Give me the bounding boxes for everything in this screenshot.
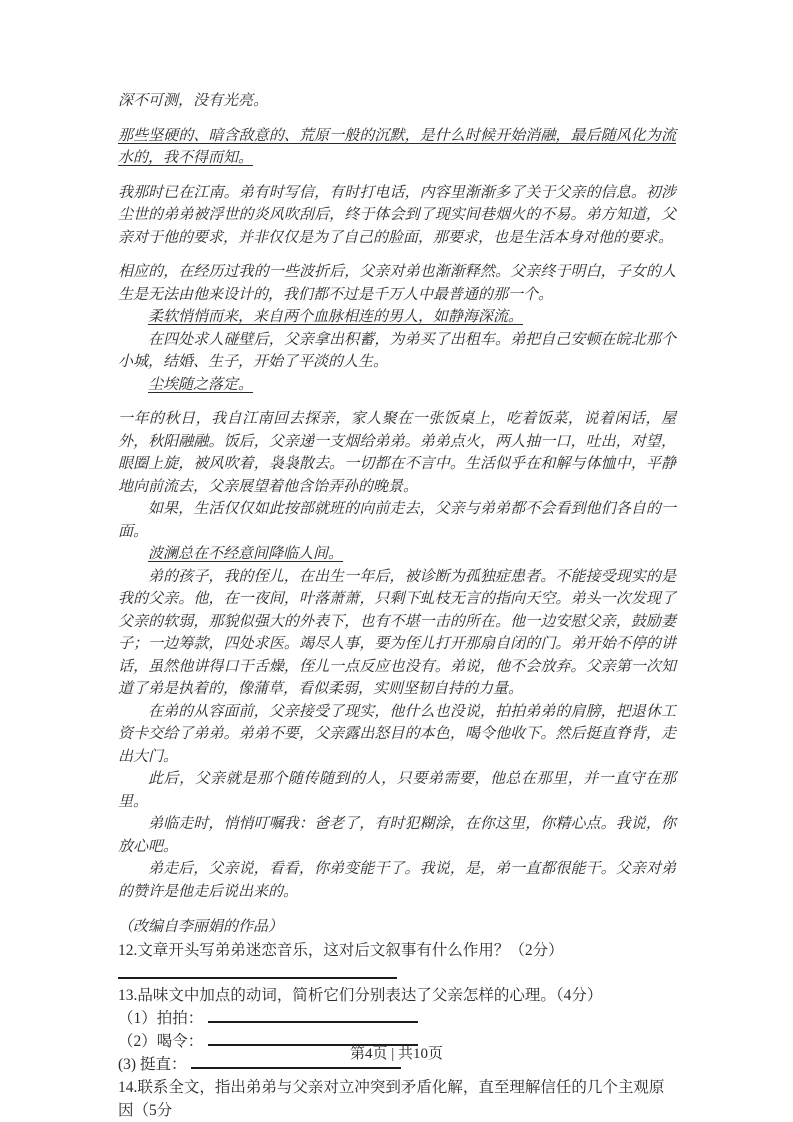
question-12-text: 12.文章开头写弟弟迷恋音乐，这对后文叙事有什么作用？（2分）: [118, 939, 676, 962]
article-paragraph: 一年的秋日，我自江南回去探亲，家人聚在一张饭桌上，吃着饭菜，说着闲话，屋外，秋阳…: [118, 408, 676, 498]
question-13-item-label: （1）拍拍：: [118, 1010, 203, 1027]
document-page: 深不可测，没有光亮。那些坚硬的、暗含敌意的、荒原一般的沉默，是什么时候开始消融，…: [0, 0, 793, 1122]
attribution: （改编自李丽娟的作品）: [118, 916, 676, 939]
article-paragraph: 我那时已在江南。弟有时写信，有时打电话，内容里渐渐多了关于父亲的信息。初涉尘世的…: [118, 182, 676, 250]
page-number: 第4页 | 共10页: [350, 1046, 443, 1062]
page-footer: 第4页 | 共10页: [0, 1042, 793, 1063]
article-paragraph-underlined: 尘埃随之落定。: [118, 374, 676, 397]
article-paragraph: 弟走后，父亲说，看看，你弟变能干了。我说，是，弟一直都很能干。父亲对弟的赞许是他…: [118, 858, 676, 903]
question-13-text: 13.品味文中加点的动词，简析它们分别表达了父亲怎样的心理。（4分）: [118, 984, 676, 1007]
article-paragraph: 相应的，在经历过我的一些波折后，父亲对弟也渐渐释然。父亲终于明白，子女的人生是无…: [118, 261, 676, 306]
question-12: 12.文章开头写弟弟迷恋音乐，这对后文叙事有什么作用？（2分）: [118, 939, 676, 979]
article-paragraph: 在四处求人碰壁后，父亲拿出积蓄，为弟买了出租车。弟把自己安顿在皖北那个小城，结婚…: [118, 329, 676, 374]
article-paragraph: 弟的孩子，我的侄儿，在出生一年后，被诊断为孤独症患者。不能接受现实的是我的父亲。…: [118, 566, 676, 701]
article-paragraph: 如果，生活仅仅如此按部就班的向前走去，父亲与弟弟都不会看到他们各自的一面。: [118, 498, 676, 543]
question-14-text: 14.联系全文，指出弟弟与父亲对立冲突到矛盾化解，直至理解信任的几个主观原因（5…: [118, 1076, 676, 1122]
article-paragraph-underlined: 那些坚硬的、暗含敌意的、荒原一般的沉默，是什么时候开始消融，最后随风化为流水的，…: [118, 125, 676, 170]
article-paragraph-underlined: 柔软悄悄而来，来自两个血脉相连的男人，如静海深流。: [118, 306, 676, 329]
answer-blank-line: [208, 1008, 418, 1023]
question-13-item: （1）拍拍：: [118, 1007, 676, 1030]
article-paragraph: 此后，父亲就是那个随传随到的人，只要弟需要，他总在那里，并一直守在那里。: [118, 768, 676, 813]
article-paragraph: 在弟的从容面前，父亲接受了现实，他什么也没说，拍拍弟弟的肩膀，把退休工资卡交给了…: [118, 701, 676, 769]
question-13-items: （1）拍拍：（2）喝令：(3) 挺直：: [118, 1007, 676, 1076]
article-paragraph-underlined: 波澜总在不经意间降临人间。: [118, 543, 676, 566]
page-content: 深不可测，没有光亮。那些坚硬的、暗含敌意的、荒原一般的沉默，是什么时候开始消融，…: [118, 90, 676, 1122]
article-body: 深不可测，没有光亮。那些坚硬的、暗含敌意的、荒原一般的沉默，是什么时候开始消融，…: [118, 90, 676, 903]
question-12-answer-line: [118, 977, 397, 979]
article-paragraph: 弟临走时，悄悄叮嘱我：爸老了，有时犯糊涂，在你这里，你精心点。我说，你放心吧。: [118, 813, 676, 858]
article-paragraph: 深不可测，没有光亮。: [118, 90, 676, 113]
